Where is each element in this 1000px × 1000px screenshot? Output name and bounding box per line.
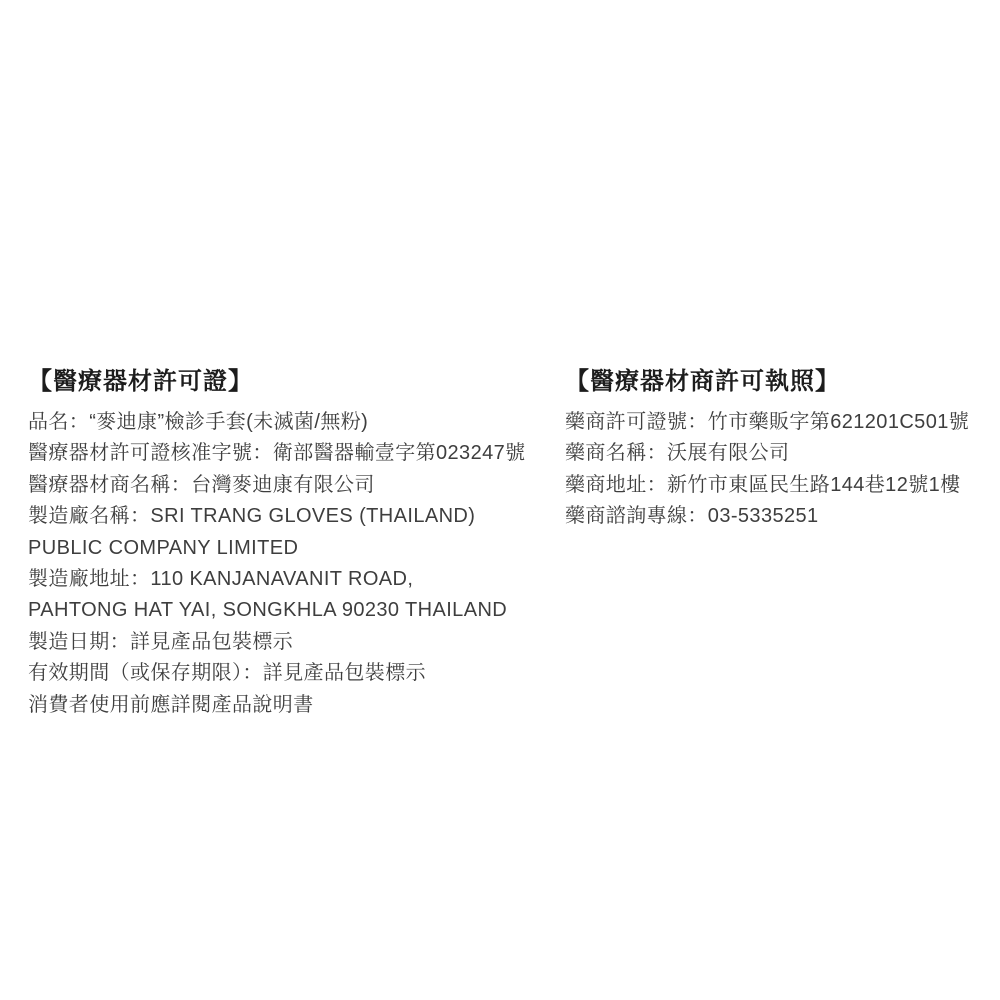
info-line: 消費者使用前應詳閱產品說明書 [28, 690, 558, 721]
info-line: 製造日期：詳見產品包裝標示 [28, 627, 558, 658]
device-license-section: 【醫療器材許可證】 品名：“麥迪康”檢診手套(未滅菌/無粉)醫療器材許可證核准字… [28, 367, 558, 721]
device-license-heading: 【醫療器材許可證】 [28, 367, 558, 397]
vendor-license-lines: 藥商許可證號：竹市藥販字第621201C501號藥商名稱：沃展有限公司藥商地址：… [565, 407, 985, 533]
vendor-license-section: 【醫療器材商許可執照】 藥商許可證號：竹市藥販字第621201C501號藥商名稱… [565, 367, 985, 533]
info-line: 有效期間（或保存期限）：詳見產品包裝標示 [28, 658, 558, 689]
info-line: 藥商地址：新竹市東區民生路144巷12號1樓 [565, 470, 985, 501]
info-line: 品名：“麥迪康”檢診手套(未滅菌/無粉) [28, 407, 558, 438]
info-line: PAHTONG HAT YAI, SONGKHLA 90230 THAILAND [28, 595, 558, 626]
info-line: 藥商許可證號：竹市藥販字第621201C501號 [565, 407, 985, 438]
info-line: 製造廠地址：110 KANJANAVANIT ROAD, [28, 564, 558, 595]
product-info-page: 【醫療器材許可證】 品名：“麥迪康”檢診手套(未滅菌/無粉)醫療器材許可證核准字… [0, 0, 1000, 1000]
info-line: 製造廠名稱：SRI TRANG GLOVES (THAILAND) [28, 501, 558, 532]
info-line: 醫療器材商名稱：台灣麥迪康有限公司 [28, 470, 558, 501]
device-license-lines: 品名：“麥迪康”檢診手套(未滅菌/無粉)醫療器材許可證核准字號：衛部醫器輸壹字第… [28, 407, 558, 721]
vendor-license-heading: 【醫療器材商許可執照】 [565, 367, 985, 397]
info-line: 藥商名稱：沃展有限公司 [565, 438, 985, 469]
info-line: PUBLIC COMPANY LIMITED [28, 533, 558, 564]
info-line: 醫療器材許可證核准字號：衛部醫器輸壹字第023247號 [28, 438, 558, 469]
info-line: 藥商諮詢專線：03-5335251 [565, 501, 985, 532]
